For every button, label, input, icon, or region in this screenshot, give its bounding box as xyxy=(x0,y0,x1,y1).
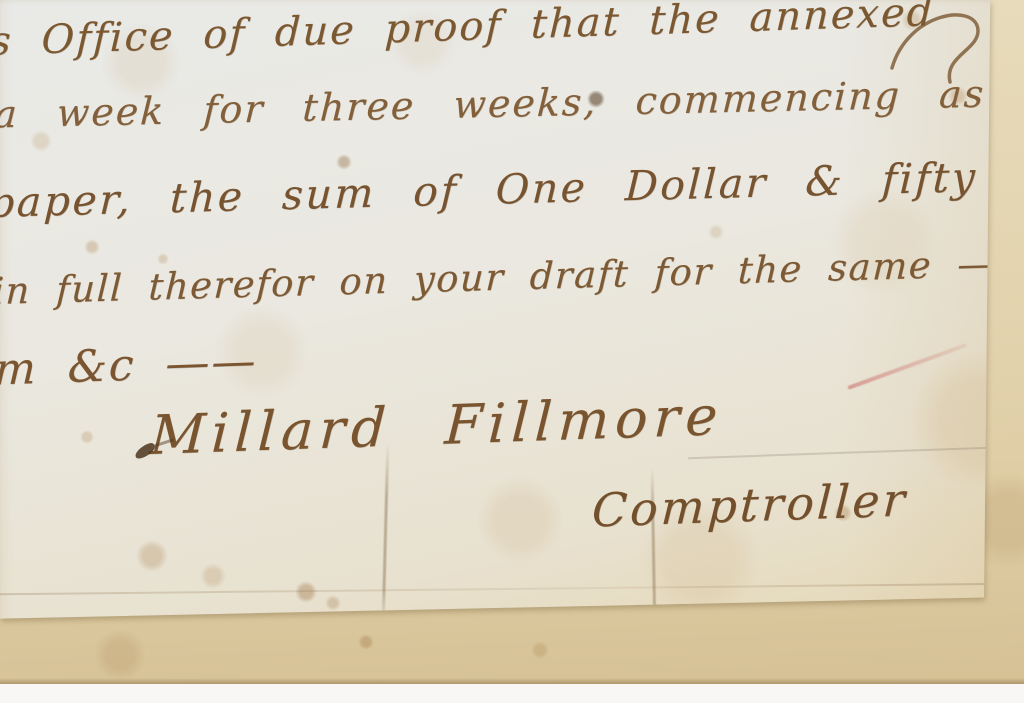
handwritten-line-3: paper, the sum of One Dollar & fifty xyxy=(0,153,978,227)
red-pencil-mark xyxy=(847,343,967,390)
handwritten-line-5: m &c —— xyxy=(0,335,258,395)
signature: Millard Fillmore xyxy=(149,384,726,467)
handwritten-line-1: s Office of due proof that the annexed xyxy=(0,0,935,65)
handwritten-line-2: a week for three weeks, commencing as xyxy=(0,72,986,137)
ink-flourish xyxy=(884,2,1014,98)
signature-title: Comptroller xyxy=(591,472,909,537)
faint-pencil-line xyxy=(688,447,988,459)
letter-paper: s Office of due proof that the annexed a… xyxy=(0,0,1024,703)
paper-fold-horizontal xyxy=(0,583,1010,596)
letter-photograph: s Office of due proof that the annexed a… xyxy=(0,0,1024,703)
paper-crease-vertical-1 xyxy=(382,442,390,624)
handwritten-line-4: in full therefor on your draft for the s… xyxy=(0,242,997,313)
letter-paper-wrap: s Office of due proof that the annexed a… xyxy=(0,0,1024,703)
